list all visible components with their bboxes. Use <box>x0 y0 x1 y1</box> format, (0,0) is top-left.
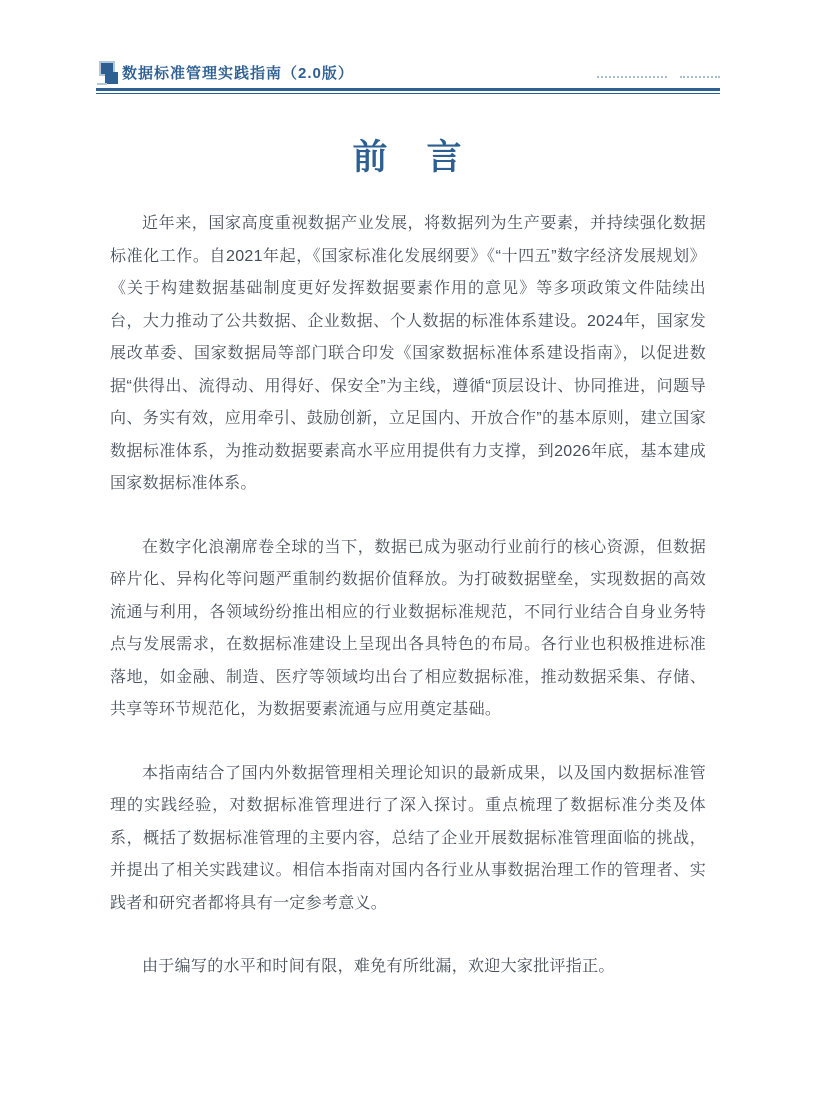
page-header: 数据标准管理实践指南（2.0版） <box>96 60 720 94</box>
header-rule-thin <box>96 93 720 94</box>
header-doc-title: 数据标准管理实践指南（2.0版） <box>122 65 354 86</box>
preface-paragraph-3: 本指南结合了国内外数据管理相关理论知识的最新成果，以及国内数据标准管理的实践经验… <box>110 758 706 921</box>
stacked-squares-logo-icon <box>96 60 118 86</box>
dotted-line-long <box>597 76 667 78</box>
header-rule-thick <box>96 88 720 91</box>
dotted-line-short <box>680 76 720 78</box>
preface-paragraph-1: 近年来，国家高度重视数据产业发展，将数据列为生产要素，并持续强化数据标准化工作。… <box>110 208 706 501</box>
header-dotted-lines <box>597 76 720 86</box>
preface-paragraph-4: 由于编写的水平和时间有限，难免有所纰漏，欢迎大家批评指正。 <box>110 951 706 984</box>
document-page: 数据标准管理实践指南（2.0版） 前 言 近年来，国家高度重视数据产业发展，将数… <box>0 0 816 1100</box>
preface-content: 前 言 近年来，国家高度重视数据产业发展，将数据列为生产要素，并持续强化数据标准… <box>110 140 706 984</box>
preface-paragraph-2: 在数字化浪潮席卷全球的当下，数据已成为驱动行业前行的核心资源，但数据碎片化、异构… <box>110 532 706 727</box>
preface-page-title: 前 言 <box>110 140 706 175</box>
logo-base-line <box>97 83 107 85</box>
